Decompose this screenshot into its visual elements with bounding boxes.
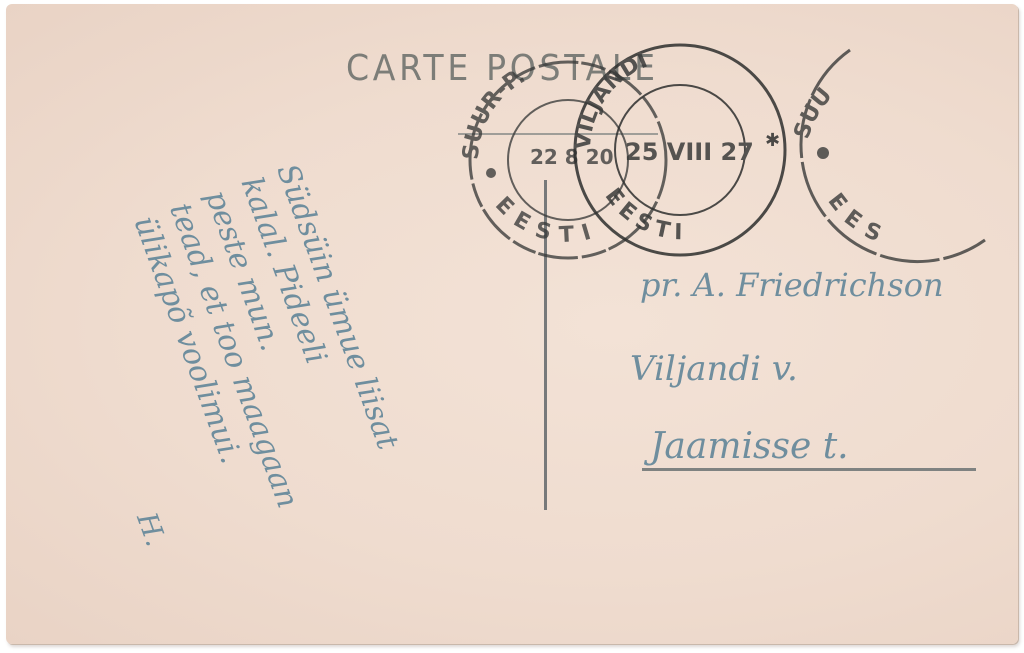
svg-text:SUU: SUU — [790, 83, 838, 142]
svg-text:✱: ✱ — [765, 130, 780, 151]
address-recipient: pr. A. Friedrichson — [640, 266, 944, 304]
svg-text:SUUR-P.: SUUR-P. — [459, 64, 530, 161]
address-block: pr. A. Friedrichson Viljandi v. Jaamisse… — [630, 266, 944, 467]
postmark-right: SUU EES — [790, 50, 985, 262]
postmark-right-bottom: EES — [823, 189, 894, 251]
handwritten-message: Südsüin ümue liisat kalal. Pideeli peste… — [127, 160, 413, 526]
postcard-overlay: SUUR-P. EESTI 22 8 20 VILJANDI EESTI 25 … — [0, 0, 1024, 653]
postmark-left-top: SUUR-P. — [459, 64, 530, 161]
postmark-right-top: SUU — [790, 83, 838, 142]
message-signature: H. — [130, 507, 173, 551]
postmark-middle-date: 25 VIII 27 — [625, 138, 754, 166]
svg-text:EES: EES — [823, 189, 894, 251]
postmark-left-date: 22 8 20 — [530, 145, 614, 169]
address-town: Viljandi v. — [630, 349, 798, 389]
address-street: Jaamisse t. — [643, 426, 849, 467]
